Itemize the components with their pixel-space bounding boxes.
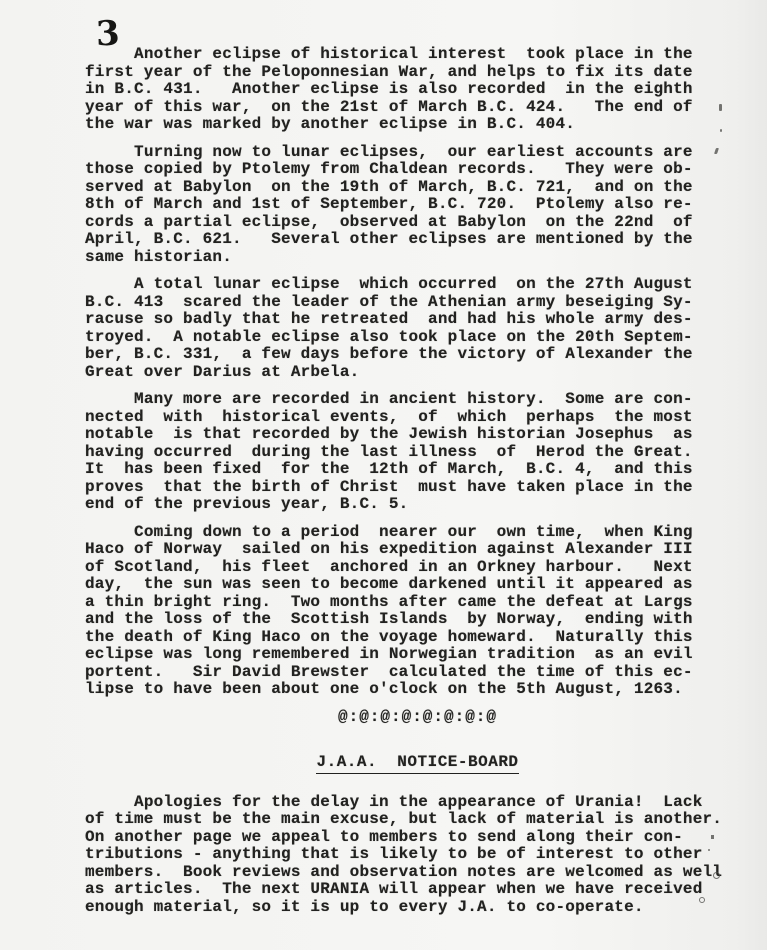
paragraph-total-lunar-eclipse-syracuse: A total lunar eclipse which occurred on … [85, 276, 750, 381]
scan-speck [713, 872, 720, 879]
scan-speck [699, 897, 705, 903]
scan-speck [711, 835, 714, 839]
paragraph-josephus-herod: Many more are recorded in ancient histor… [85, 391, 750, 514]
paragraph-lunar-eclipses-ptolemy: Turning now to lunar eclipses, our earli… [85, 144, 750, 267]
scan-speck [719, 104, 722, 111]
scan-speck [708, 849, 710, 851]
section-divider-ornament: @:@:@:@:@:@:@:@ [85, 709, 750, 727]
page-content: Another eclipse of historical interest t… [85, 46, 750, 926]
paragraph-king-haco-norway: Coming down to a period nearer our own t… [85, 524, 750, 699]
document-page: 3 Another eclipse of historical interest… [0, 0, 767, 950]
paragraph-urania-apologies: Apologies for the delay in the appearanc… [85, 794, 750, 917]
notice-board-heading-text: J.A.A. NOTICE-BOARD [316, 753, 518, 774]
scan-speck [720, 129, 722, 132]
paragraph-eclipse-peloponnesian-war: Another eclipse of historical interest t… [85, 46, 750, 134]
notice-board-heading: J.A.A. NOTICE-BOARD [85, 754, 750, 772]
